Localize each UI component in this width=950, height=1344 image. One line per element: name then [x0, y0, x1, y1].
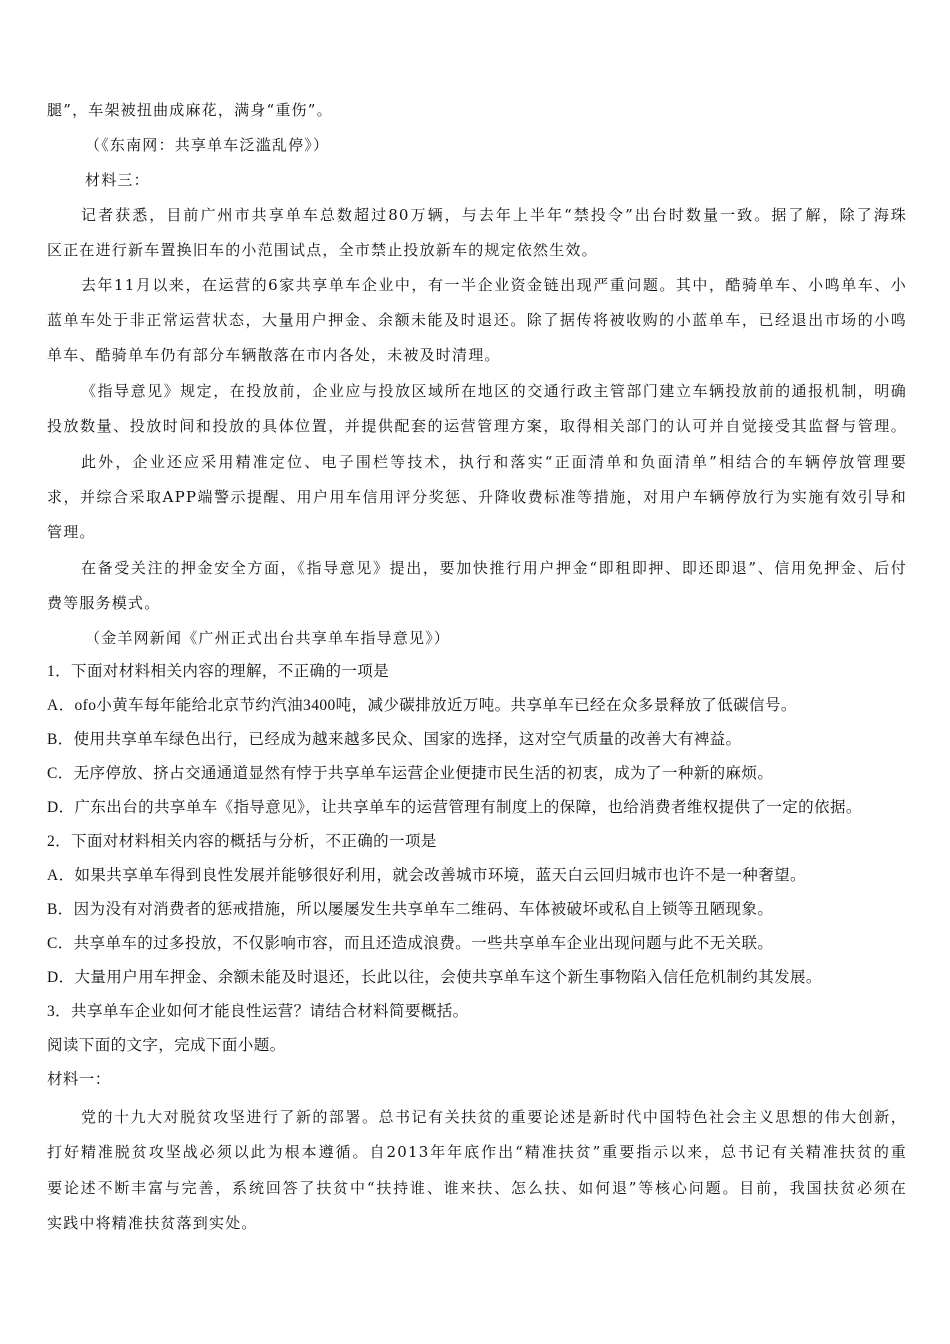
material3-p3-line2: 投放数量、投放时间和投放的具体位置，并提供配套的运营管理方案，取得相关部门的认可…: [47, 416, 907, 436]
material3-p3-line1: 《指导意见》规定，在投放前，企业应与投放区域所在地区的交通行政主管部门建立车辆投…: [81, 381, 907, 401]
question-1-stem: 1．下面对材料相关内容的理解，不正确的一项是: [47, 662, 389, 682]
material3-p4-line2: 求，并综合采取APP端警示提醒、用户用车信用评分奖惩、升降收费标准等措施，对用户…: [47, 487, 907, 507]
question-1-option-b: B．使用共享单车绿色出行，已经成为越来越多民众、国家的选择，这对空气质量的改善大…: [47, 730, 741, 750]
material1-line3: 要论述不断丰富与完善，系统回答了扶贫中“扶持谁、谁来扶、怎么扶、如何退”等核心问…: [47, 1178, 907, 1198]
material3-p1-line2: 区正在进行新车置换旧车的小范围试点，全市禁止投放新车的规定依然生效。: [47, 240, 598, 260]
material3-p5-line2: 费等服务模式。: [47, 593, 160, 613]
question-2-stem: 2．下面对材料相关内容的概括与分析，不正确的一项是: [47, 832, 437, 852]
question-1-option-d: D．广东出台的共享单车《指导意见》，让共享单车的运营管理有制度上的保障，也给消费…: [47, 798, 862, 818]
question-2-option-a: A．如果共享单车得到良性发展并能够很好利用，就会改善城市环境，蓝天白云回归城市也…: [47, 866, 806, 886]
material1-line2: 打好精准脱贫攻坚战必须以此为根本遵循。自2013年年底作出“精准扶贫”重要指示以…: [47, 1142, 907, 1162]
question-2-option-c: C．共享单车的过多投放，不仅影响市容，而且还造成浪费。一些共享单车企业出现问题与…: [47, 934, 773, 954]
material3-heading: 材料三：: [85, 170, 150, 190]
material3-p5-line1: 在备受关注的押金安全方面，《指导意见》提出，要加快推行用户押金“即租即押、即还即…: [81, 558, 907, 578]
material1-heading: 材料一：: [47, 1070, 111, 1090]
material3-p1-line1: 记者获悉，目前广州市共享单车总数超过80万辆，与去年上半年“禁投令”出台时数量一…: [81, 205, 907, 225]
material3-p4-line1: 此外，企业还应采用精准定位、电子围栏等技术，执行和落实“正面清单和负面清单”相结…: [81, 452, 907, 472]
material1-line4: 实践中将精准扶贫落到实处。: [47, 1213, 258, 1233]
question-2-option-d: D．大量用户用车押金、余额未能及时退还，长此以往，会使共享单车这个新生事物陷入信…: [47, 968, 822, 988]
material3-p2-line3: 单车、酷骑单车仍有部分车辆散落在市内各处，未被及时清理。: [47, 345, 501, 365]
material3-p4-line3: 管理。: [47, 522, 96, 542]
question-1-option-c: C．无序停放、挤占交通通道显然有悖于共享单车运营企业便捷市民生活的初衷，成为了一…: [47, 764, 773, 784]
question-1-option-a: A．ofo小黄车每年能给北京节约汽油3400吨，减少碳排放近万吨。共享单车已经在…: [47, 696, 797, 716]
question-2-option-b: B．因为没有对消费者的惩戒措施，所以屡屡发生共享单车二维码、车体被破坏或私自上锁…: [47, 900, 773, 920]
material1-line1: 党的十九大对脱贫攻坚进行了新的部署。总书记有关扶贫的重要论述是新时代中国特色社会…: [81, 1107, 907, 1127]
question-3-stem: 3．共享单车企业如何才能良性运营？请结合材料简要概括。: [47, 1002, 469, 1022]
material3-p2-line2: 蓝单车处于非正常运营状态，大量用户押金、余额未能及时退还。除了据传将被收购的小蓝…: [47, 310, 907, 330]
material3-p2-line1: 去年11月以来，在运营的6家共享单车企业中，有一半企业资金链出现严重问题。其中，…: [81, 275, 907, 295]
material3-source: （金羊网新闻《广州正式出台共享单车指导意见》）: [85, 628, 450, 648]
material2-tail-line: 腿”，车架被扭曲成麻花，满身“重伤”。: [47, 100, 333, 120]
material2-source: （《东南网：共享单车泛滥乱停》）: [85, 135, 329, 155]
reading-instruction: 阅读下面的文字，完成下面小题。: [47, 1036, 286, 1056]
